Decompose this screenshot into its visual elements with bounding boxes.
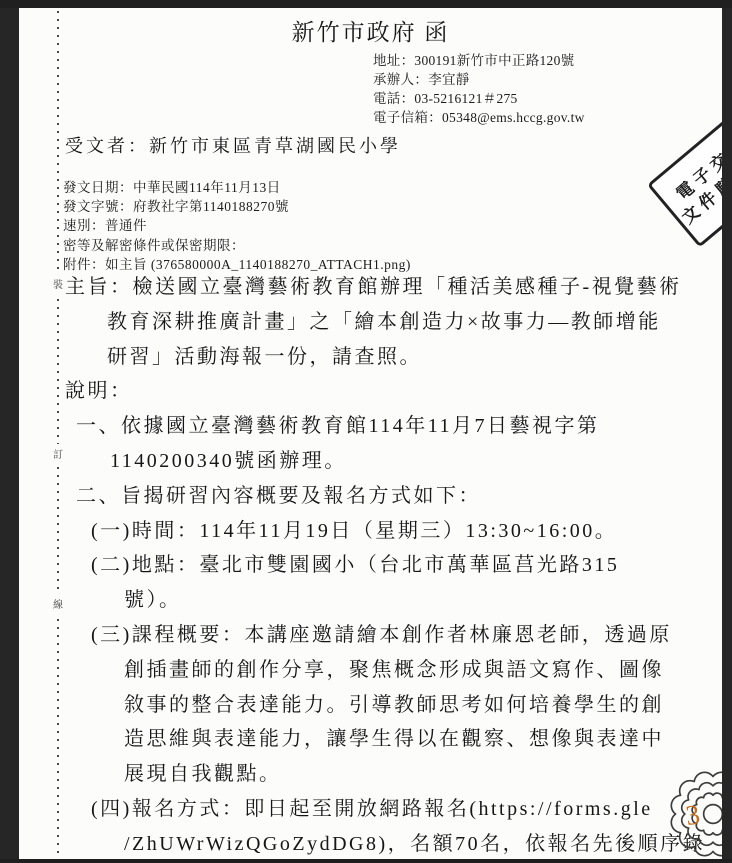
body-line-subitem-1: (一)時間：114年11月19日（星期三）13:30~16:00。	[19, 514, 722, 549]
body-line: 號）。	[19, 583, 722, 618]
body-line: 創插畫師的創作分享，聚焦概念形成與語文寫作、圖像	[19, 653, 722, 688]
body-line: 教育深耕推廣計畫」之「繪本創造力×故事力—教師增能	[19, 305, 722, 340]
meta-secrecy: 密等及解密條件或保密期限：	[63, 236, 411, 255]
body-line: 敘事的整合表達能力。引導教師思考如何培養學生的創	[19, 688, 722, 723]
official-letter-page: 裝 訂 線 新竹市政府 函 地址：300191新竹市中正路120號 承辦人：李宜…	[19, 8, 722, 861]
page-title: 新竹市政府 函	[19, 14, 722, 47]
body-line: 造思維與表達能力，讓學生得以在觀察、想像與表達中	[19, 722, 722, 757]
body-line-subitem-3: (三)課程概要：本講座邀請繪本創作者林廉恩老師，透過原	[19, 618, 722, 653]
viewer-bottom-edge	[0, 859, 732, 863]
body-line: 研習」活動海報一份，請查照。	[19, 340, 722, 375]
rosette-page-seal: 3	[661, 760, 722, 861]
body-line-subitem-4-url: (四)報名方式：即日起至開放網路報名(https://forms.gle	[19, 792, 722, 827]
body-line: 1140200340號函辦理。	[19, 444, 722, 479]
page-number-seal-text: 3	[684, 799, 702, 832]
body-line-url-continuation: /ZhUWrWizQGoZydDG8)，名額70名，依報名先後順序錄	[19, 827, 722, 861]
meta-block: 發文日期：中華民國114年11月13日 發文字號：府教社字第1140188270…	[63, 178, 411, 274]
body-line-item-2: 二、旨揭研習內容概要及報名方式如下：	[19, 479, 722, 514]
body-line-explanation: 說明：	[19, 374, 722, 409]
letter-body: 主旨：檢送國立臺灣藝術教育館辦理「種活美感種子-視覺藝術 教育深耕推廣計畫」之「…	[19, 270, 722, 861]
contact-phone: 電話：03-5216121＃275	[373, 89, 585, 108]
body-line-subitem-2: (二)地點：臺北市雙園國小（台北市萬華區莒光路315	[19, 548, 722, 583]
body-line: 展現自我觀點。	[19, 757, 722, 792]
electronic-exchange-seam-stamp: 電子交換 文件騎縫章	[647, 106, 722, 247]
contact-email: 電子信箱：05348@ems.hccg.gov.tw	[373, 108, 585, 127]
contact-address: 地址：300191新竹市中正路120號	[373, 51, 585, 70]
meta-date: 發文日期：中華民國114年11月13日	[63, 178, 411, 197]
meta-speed: 速別：普通件	[63, 216, 411, 235]
contact-block: 地址：300191新竹市中正路120號 承辦人：李宜靜 電話：03-521612…	[373, 51, 585, 127]
recipient-line: 受文者：新竹市東區青草湖國民小學	[65, 132, 401, 158]
contact-agent: 承辦人：李宜靜	[373, 70, 585, 89]
document-viewer: 裝 訂 線 新竹市政府 函 地址：300191新竹市中正路120號 承辦人：李宜…	[0, 0, 732, 863]
meta-number: 發文字號：府教社字第1140188270號	[63, 197, 411, 216]
viewer-top-edge	[0, 0, 732, 8]
body-line-subject: 主旨：檢送國立臺灣藝術教育館辦理「種活美感種子-視覺藝術	[19, 270, 722, 305]
body-line-item-1: 一、依據國立臺灣藝術教育館114年11月7日藝視字第	[19, 409, 722, 444]
